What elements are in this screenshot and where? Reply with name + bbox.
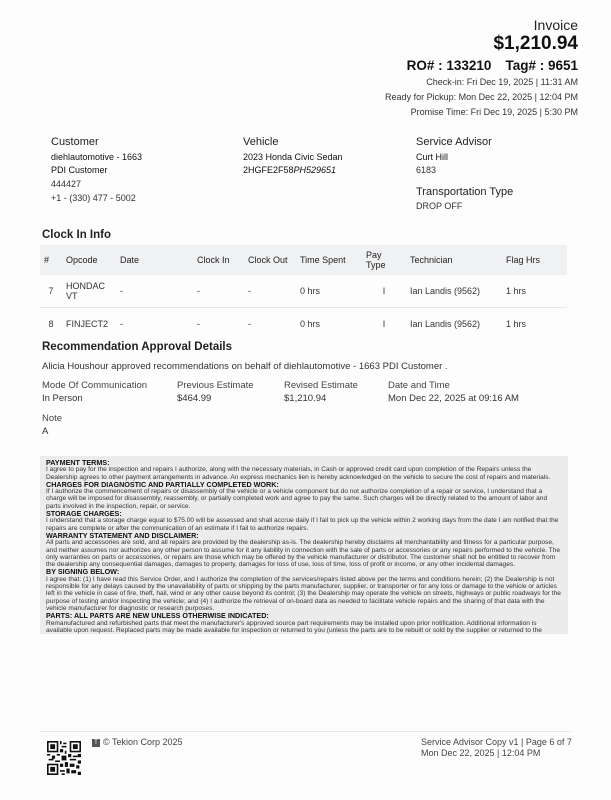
row-time-spent: 0 hrs [296,308,362,341]
col-time-spent: Time Spent [296,245,362,275]
invoice-label: Invoice [534,17,578,33]
clock-in-table: # Opcode Date Clock In Clock Out Time Sp… [40,245,567,340]
note-value: A [42,426,48,437]
row-opcode: HONDAC VT [62,275,116,308]
row-technician: Ian Landis (9562) [406,308,502,341]
row-number: 7 [40,275,62,308]
footer-divider [40,731,571,732]
vehicle-vin: 2HGFE2F58PH529651 [243,164,343,177]
ro-tag-line: RO# : 133210Tag# : 9651 [407,58,578,73]
row-number: 8 [40,308,62,341]
terms-body-warranty: All parts and accessories are sold, and … [46,539,562,568]
row-clock-in: - [193,275,244,308]
transportation-type-value: DROP OFF [416,200,513,213]
previous-estimate-label: Previous Estimate [177,380,254,391]
check-in-time: Check-in: Fri Dec 19, 2025 | 11:31 AM [426,77,578,87]
note-label: Note [42,413,62,424]
col-clock-in: Clock In [193,245,244,275]
table-row: 8 FINJECT2 - - - 0 hrs I Ian Landis (956… [40,308,567,341]
clock-in-title: Clock In Info [42,229,111,241]
vehicle-title: Vehicle [243,136,343,148]
transportation-type-title: Transportation Type [416,186,513,198]
terms-heading-parts: PARTS: ALL PARTS ARE NEW UNLESS OTHERWIS… [46,612,562,619]
qr-code-icon [47,741,81,775]
terms-body-storage: I understand that a storage charge equal… [46,517,562,532]
col-number: # [40,245,62,275]
date-time-value: Mon Dec 22, 2025 at 09:16 AM [388,393,519,404]
recommendation-title: Recommendation Approval Details [42,341,232,353]
date-time-label: Date and Time [388,380,450,391]
mode-value: In Person [42,393,83,404]
row-clock-in: - [193,308,244,341]
row-clock-out: - [244,275,296,308]
customer-phone: +1 - (330) 477 - 5002 [51,192,142,205]
tekion-logo-icon: T [92,739,100,747]
col-clock-out: Clock Out [244,245,296,275]
terms-heading-warranty: WARRANTY STATEMENT AND DISCLAIMER: [46,532,562,539]
terms-heading-payment: PAYMENT TERMS: [46,459,562,466]
col-opcode: Opcode [62,245,116,275]
previous-estimate-value: $464.99 [177,393,211,404]
copy-page-info: Service Advisor Copy v1 | Page 6 of 7 [421,737,572,748]
row-date: - [116,275,193,308]
customer-id: 444427 [51,178,142,191]
terms-heading-storage: STORAGE CHARGES: [46,510,562,517]
terms-body-signing: I agree that: (1) I have read this Servi… [46,576,562,612]
row-pay-type: I [362,275,406,308]
revised-estimate-label: Revised Estimate [284,380,358,391]
tag-number: Tag# : 9651 [505,58,578,73]
service-advisor-id: 6183 [416,164,513,177]
invoice-amount: $1,210.94 [493,33,578,55]
vehicle-model: 2023 Honda Civic Sedan [243,151,343,164]
row-clock-out: - [244,308,296,341]
customer-section: Customer diehlautomotive - 1663 PDI Cust… [51,136,142,205]
copyright: T© Tekion Corp 2025 [92,737,183,747]
ro-number: RO# : 133210 [407,58,492,73]
vin-prefix: 2HGFE2F58 [243,165,294,175]
col-pay-type: Pay Type [362,245,406,275]
customer-title: Customer [51,136,142,148]
customer-name-line1: diehlautomotive - 1663 [51,151,142,164]
service-advisor-title: Service Advisor [416,136,513,148]
table-row: 7 HONDAC VT - - - 0 hrs I Ian Landis (95… [40,275,567,308]
vin-suffix: PH529651 [294,165,337,175]
vehicle-section: Vehicle 2023 Honda Civic Sedan 2HGFE2F58… [243,136,343,177]
footer-info: Service Advisor Copy v1 | Page 6 of 7 Mo… [421,737,572,759]
row-opcode: FINJECT2 [62,308,116,341]
col-flag-hrs: Flag Hrs [502,245,567,275]
promise-time: Promise Time: Fri Dec 19, 2025 | 5:30 PM [411,107,578,117]
recommendation-statement: Alicia Houshour approved recommendations… [42,361,448,372]
ready-for-pickup-time: Ready for Pickup: Mon Dec 22, 2025 | 12:… [385,92,578,102]
terms-heading-signing: BY SIGNING BELOW: [46,568,562,575]
customer-name-line2: PDI Customer [51,164,142,177]
service-advisor-name: Curt Hill [416,151,513,164]
printed-datetime: Mon Dec 22, 2025 | 12:04 PM [421,748,572,759]
terms-body-payment: I agree to pay for the inspection and re… [46,466,562,481]
terms-body-parts: Remanufactured and refurbished parts tha… [46,620,562,634]
mode-label: Mode Of Communication [42,380,147,391]
terms-box: PAYMENT TERMS: I agree to pay for the in… [40,456,568,634]
terms-body-diagnostic: If I authorize the commencement of repai… [46,488,562,510]
row-time-spent: 0 hrs [296,275,362,308]
row-flag-hrs: 1 hrs [502,275,567,308]
revised-estimate-value: $1,210.94 [284,393,326,404]
service-advisor-section: Service Advisor Curt Hill 6183 Transport… [416,136,513,213]
row-flag-hrs: 1 hrs [502,308,567,341]
row-pay-type: I [362,308,406,341]
col-technician: Technician [406,245,502,275]
row-date: - [116,308,193,341]
clock-in-header-row: # Opcode Date Clock In Clock Out Time Sp… [40,245,567,275]
copyright-text: © Tekion Corp 2025 [103,737,183,747]
row-technician: Ian Landis (9562) [406,275,502,308]
terms-heading-diagnostic: CHARGES FOR DIAGNOSTIC AND PARTIALLY COM… [46,481,562,488]
col-date: Date [116,245,193,275]
